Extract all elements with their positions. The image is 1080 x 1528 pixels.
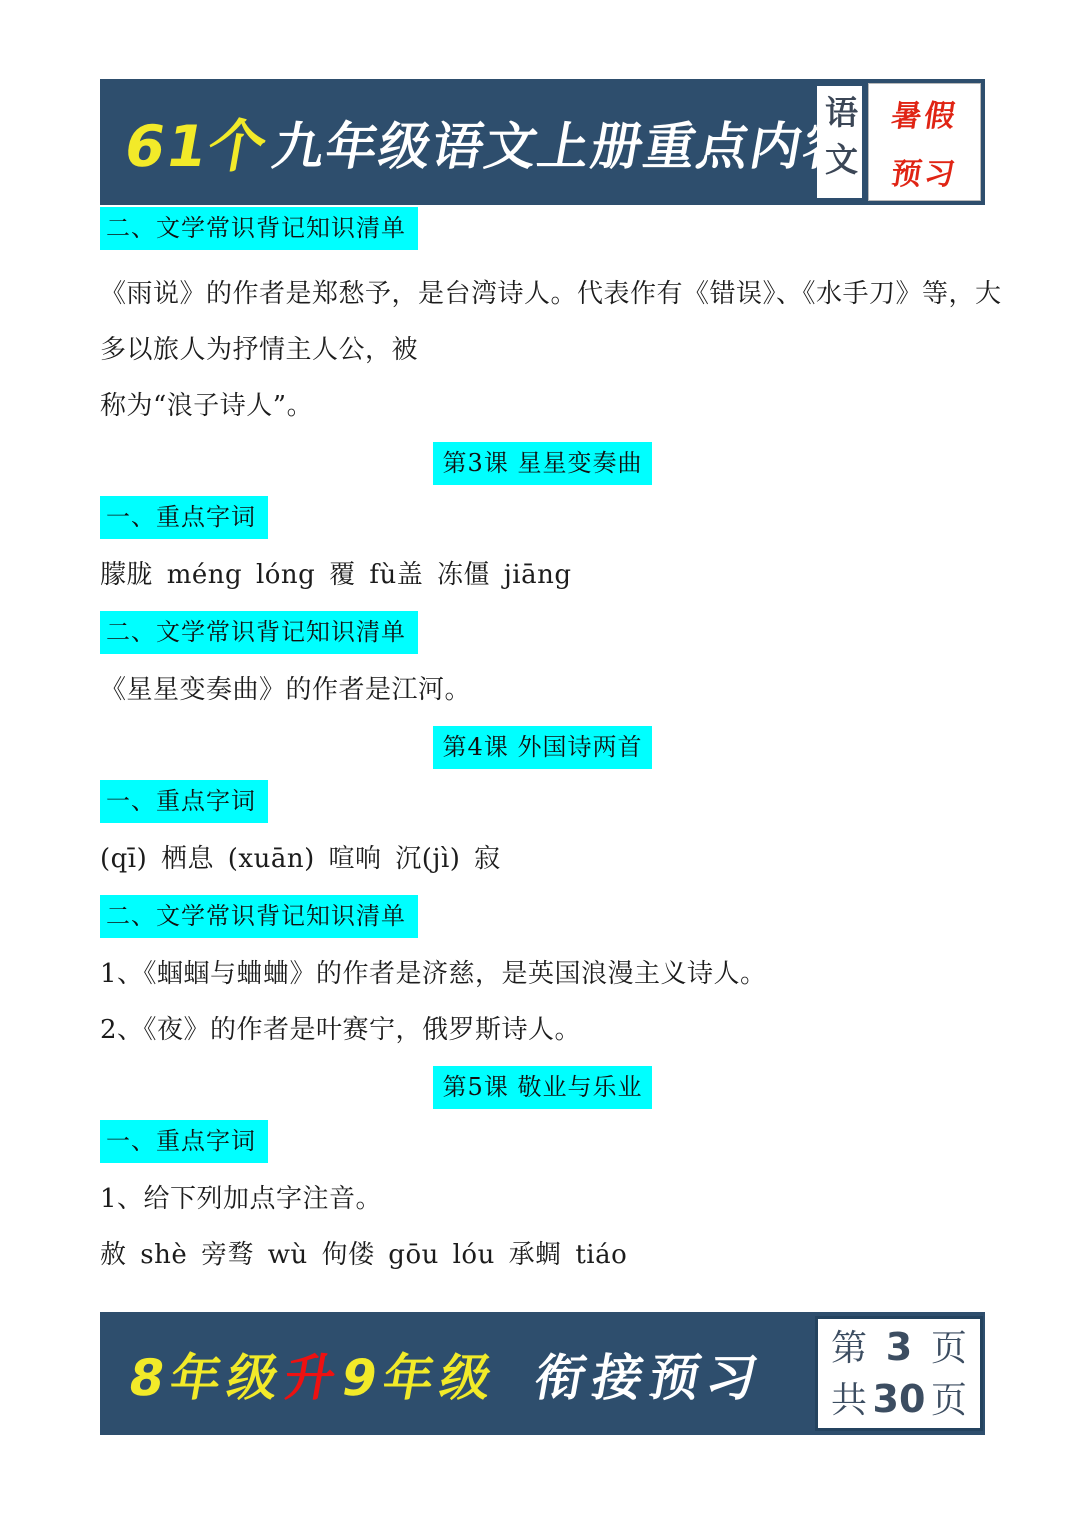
paragraph: 朦胧 méng lóng 覆 fù盖 冻僵 jiāng — [100, 555, 985, 595]
summer-preview-badge: 暑假 预习 — [868, 83, 981, 201]
paragraph: 《雨说》的作者是郑愁予，是台湾诗人。代表作有《错误》、《水手刀》等，大 — [100, 274, 985, 314]
title-highlight: 61个 — [119, 101, 276, 183]
subject-box: 语文 — [817, 86, 862, 198]
section-heading: 一、重点字词 — [100, 496, 268, 539]
section-heading: 一、重点字词 — [100, 780, 268, 823]
section-heading: 二、文学常识背记知识清单 — [100, 611, 418, 654]
content-area: 二、文学常识背记知识清单 《雨说》的作者是郑愁予，是台湾诗人。代表作有《错误》、… — [100, 205, 985, 1291]
section-heading: 二、文学常识背记知识清单 — [100, 207, 418, 250]
footer-banner: 8年级 升 9年级 衔接预习 第 3 页 共 30 页 — [100, 1312, 985, 1435]
footer-title: 8年级 升 9年级 衔接预习 — [119, 1312, 775, 1435]
document-page: 61个 九年级语文上册重点内容 语文 暑假 预习 二、文学常识背记知识清单 《雨… — [0, 0, 1080, 1528]
page-current-prefix: 第 — [831, 1326, 867, 1372]
page-title: 61个 九年级语文上册重点内容 — [115, 79, 869, 205]
footer-grade-to: 9年级 — [336, 1338, 504, 1410]
lesson-heading: 第4课 外国诗两首 — [433, 726, 653, 769]
page-total-number: 30 — [873, 1376, 926, 1422]
paragraph: 赦 shè 旁骛 wù 佝偻 gōu lóu 承蜩 tiáo — [100, 1235, 985, 1275]
lesson-heading: 第5课 敬业与乐业 — [433, 1066, 653, 1109]
page-current-row: 第 3 页 — [831, 1324, 967, 1372]
page-total-row: 共 30 页 — [831, 1376, 967, 1424]
paragraph: 称为“浪子诗人”。 — [100, 386, 985, 426]
header-banner: 61个 九年级语文上册重点内容 语文 暑假 预习 — [100, 79, 985, 205]
page-total-suffix: 页 — [931, 1378, 967, 1424]
badge-line-1: 暑假 — [888, 91, 960, 135]
paragraph: 2、《夜》的作者是叶赛宁，俄罗斯诗人。 — [100, 1010, 985, 1050]
badge-line-2: 预习 — [888, 149, 960, 193]
paragraph: 1、给下列加点字注音。 — [100, 1179, 985, 1219]
section-heading: 二、文学常识背记知识清单 — [100, 895, 418, 938]
paragraph: 1、《蝈蝈与蛐蛐》的作者是济慈，是英国浪漫主义诗人。 — [100, 954, 985, 994]
footer-tail: 衔接预习 — [530, 1338, 771, 1410]
page-current-number: 3 — [886, 1324, 912, 1370]
section-heading: 一、重点字词 — [100, 1120, 268, 1163]
title-main: 九年级语文上册重点内容 — [268, 105, 864, 179]
lesson-heading: 第3课 星星变奏曲 — [433, 442, 653, 485]
footer-grade-from: 8年级 — [124, 1338, 292, 1410]
paragraph: (qī) 栖息 (xuān) 喧响 沉(jì) 寂 — [100, 839, 985, 879]
page-current-suffix: 页 — [931, 1326, 967, 1372]
paragraph: 多以旅人为抒情主人公，被 — [100, 330, 985, 370]
page-total-prefix: 共 — [831, 1378, 867, 1424]
page-indicator: 第 3 页 共 30 页 — [815, 1316, 983, 1431]
paragraph: 《星星变奏曲》的作者是江河。 — [100, 670, 985, 710]
